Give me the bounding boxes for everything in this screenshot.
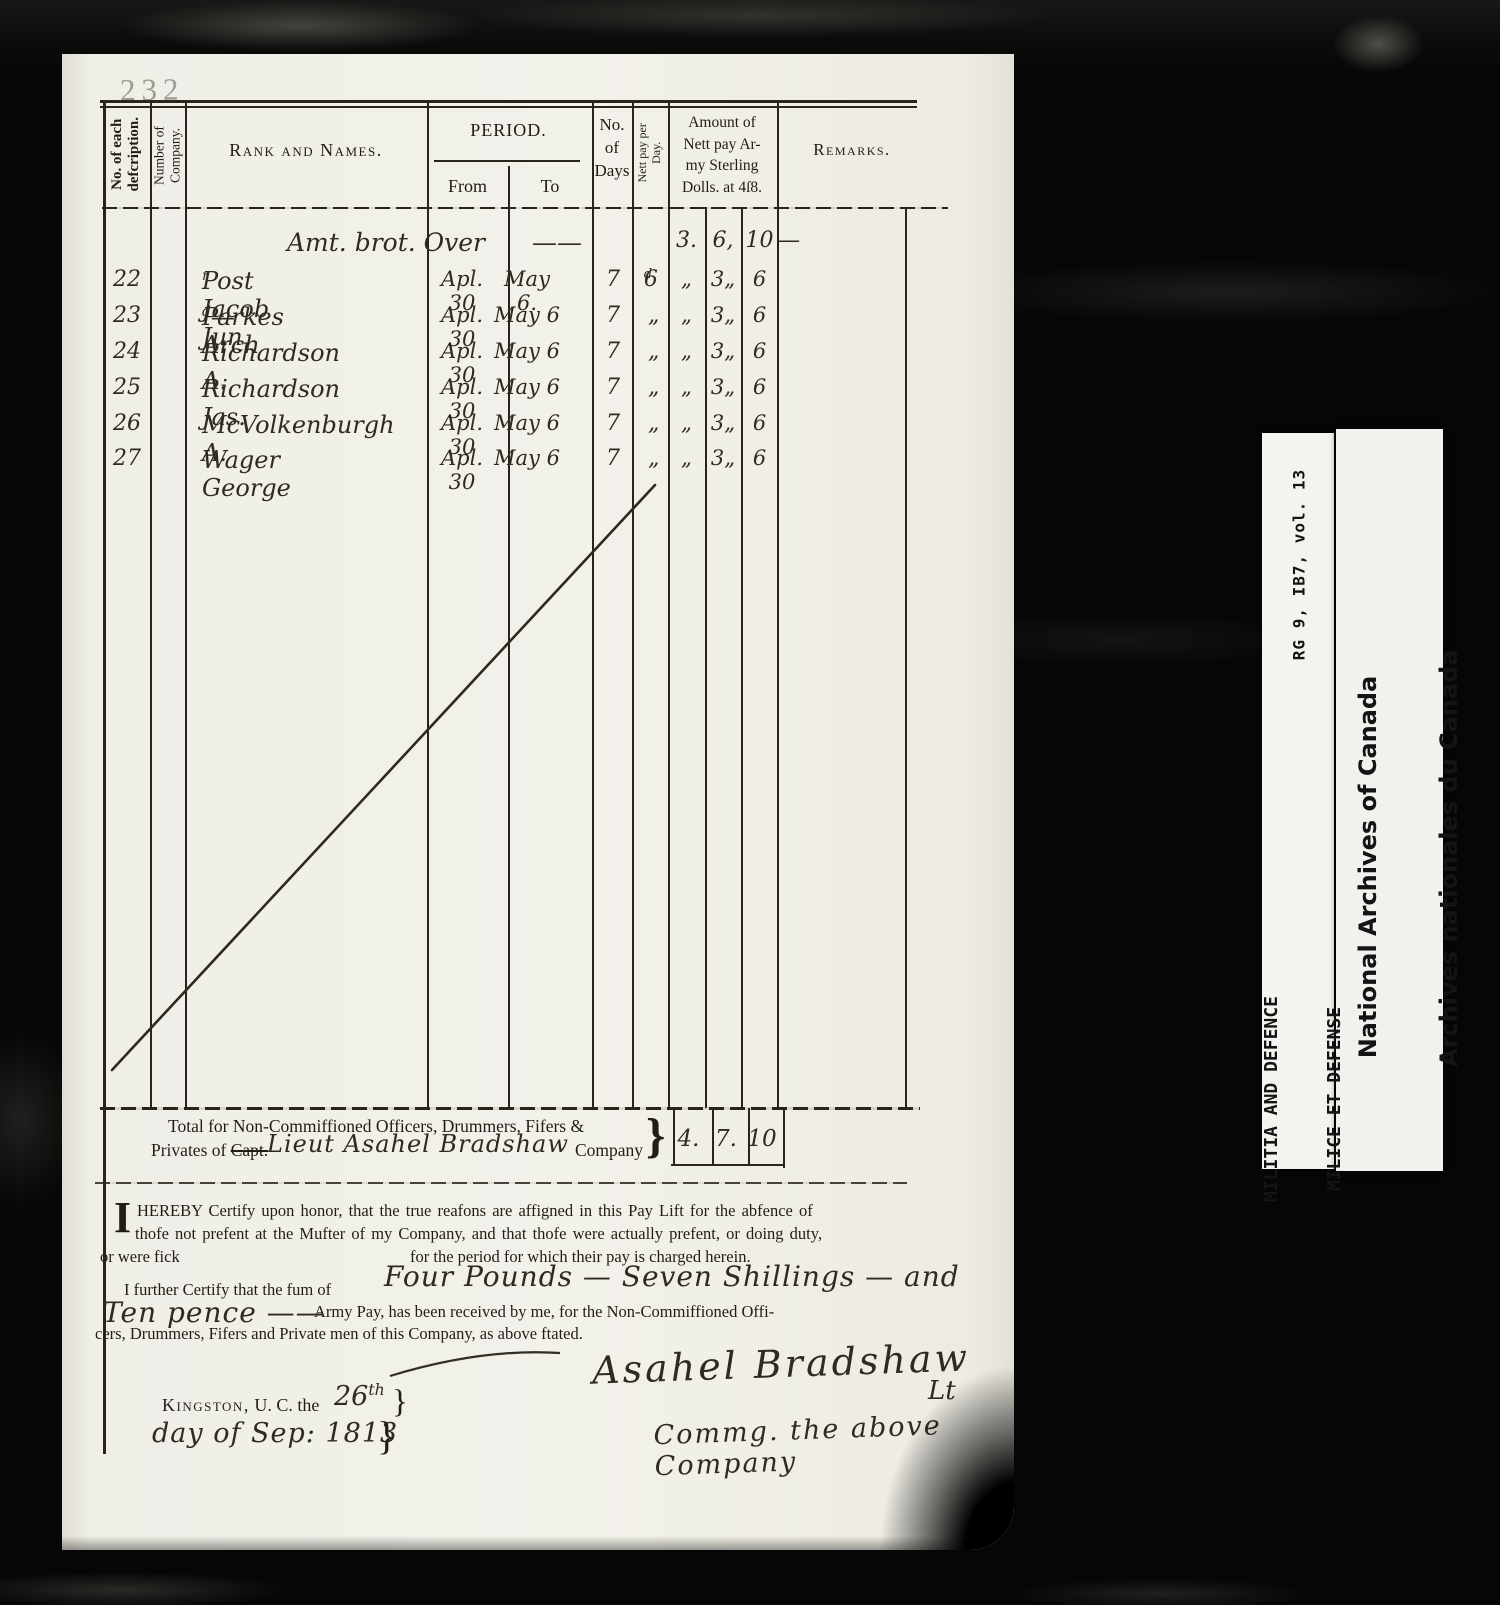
row-days: 7 <box>593 446 633 471</box>
archives-label-fr: Archives nationales du Canada <box>1436 667 1463 1067</box>
header-line: Dolls. at 4ſ8. <box>666 177 778 199</box>
paylist-document-page: 232 No. of each defcriptio <box>62 54 1014 1550</box>
rate-text: „ <box>648 411 659 436</box>
total-pence: 10 <box>744 1126 780 1152</box>
rate-text: „ <box>648 375 659 400</box>
microfilm-scan: 232 No. of each defcriptio <box>0 0 1500 1605</box>
header-line: Days <box>592 160 632 183</box>
dateline-brace-large: } <box>377 1412 396 1459</box>
table-row: 25 Richardson Jas. Apl. 30 May 6 7 „ „ 3… <box>62 375 1014 409</box>
header-line: Company. <box>167 106 183 206</box>
header-line: of <box>592 137 632 160</box>
rate-text: 6 <box>644 267 658 292</box>
department-label-en: MILITIA AND DEFENCE <box>1261 984 1282 1214</box>
row-to: May 6 <box>494 375 560 399</box>
column-header-nett-pay: Nett pay per Day. <box>636 105 664 201</box>
table-row: 27 Wager George Apl. 30 May 6 7 „ „ 3„ 6 <box>62 446 1014 480</box>
header-line: Number of <box>151 106 167 206</box>
column-header-to: To <box>508 176 592 197</box>
row-name: Parkes Archd — <box>202 303 211 331</box>
row-number: 25 <box>102 375 152 400</box>
archives-label-en: National Archives of Canada <box>1355 667 1382 1067</box>
archives-label: National Archives of Canada Archives nat… <box>1301 667 1500 1067</box>
brought-forward-pence: 10 <box>742 228 777 253</box>
row-pounds: „ <box>668 375 705 399</box>
row-pounds: „ <box>668 339 705 363</box>
row-pence: 6 <box>742 303 777 327</box>
header-line: Amount of <box>666 112 778 134</box>
row-shillings: 3„ <box>705 339 741 363</box>
row-pounds: „ <box>668 411 705 435</box>
certificate2-printed2: Army Pay, has been received by me, for t… <box>314 1302 774 1322</box>
brought-forward-row: Amt. brot. Over —— 3. 6, 10 — <box>62 228 1014 262</box>
dateline-place: Kingston, U. C. the <box>162 1395 319 1416</box>
row-pence: 6 <box>742 267 777 291</box>
row-shillings: 3„ <box>705 375 741 399</box>
row-days: 7 <box>593 411 633 436</box>
dateline-day: 26th <box>334 1380 385 1412</box>
row-days: 7 <box>593 303 633 328</box>
table-row: 26 McVolkenburgh A. Apl. 30 May 6 7 „ „ … <box>62 411 1014 445</box>
row-number: 24 <box>102 339 152 364</box>
header-line: my Sterling <box>666 155 778 177</box>
total-shillings: 7. <box>708 1126 744 1152</box>
row-pence: 6 <box>742 375 777 399</box>
row-shillings: 3„ <box>705 303 741 327</box>
brought-forward-label: Amt. brot. Over <box>287 228 485 257</box>
column-header-days: No. of Days <box>592 114 632 183</box>
row-shillings: 3„ <box>705 411 741 435</box>
row-pounds: „ <box>668 303 705 327</box>
rate-text: „ <box>648 339 659 364</box>
row-days: 7 <box>593 267 633 292</box>
certificate-dropcap: I <box>114 1196 131 1240</box>
brought-forward-shillings: 6, <box>705 228 741 253</box>
diagonal-strike <box>112 485 655 1070</box>
day-number: 26 <box>334 1381 368 1412</box>
struck-capt: Capt. <box>231 1140 268 1160</box>
brought-forward-pounds: 3. <box>668 228 705 253</box>
row-days: 7 <box>593 375 633 400</box>
total-caption-company: Company <box>575 1140 643 1161</box>
row-to: May 6 <box>494 411 560 435</box>
table-row: 24 Richardson A. Apl. 30 May 6 7 „ „ 3„ … <box>62 339 1014 373</box>
row-from: Apl. 30 <box>430 446 494 494</box>
column-header-company-number: Number of Company. <box>151 106 182 206</box>
name-text: Wager George <box>202 446 291 502</box>
total-caption-line2: Privates of Capt. <box>151 1140 268 1161</box>
header-line: defcription. <box>126 94 143 214</box>
column-header-rank-names: Rank and Names. <box>185 140 427 161</box>
row-pence: 6 <box>742 446 777 470</box>
certificate1-line1: HEREBY Certify upon honor, that the true… <box>137 1201 937 1221</box>
row-shillings: 3„ <box>705 267 741 291</box>
rate-text: „ <box>648 303 659 328</box>
column-header-period: PERIOD. <box>427 120 590 141</box>
day-ordinal: th <box>368 1380 384 1399</box>
table-row: 22 Post Jacob Junr Apl. 30 May 6. 7 6d „… <box>62 267 1014 301</box>
header-line: No. <box>592 114 632 137</box>
row-shillings: 3„ <box>705 446 741 470</box>
certificate2-hand-sum: Four Pounds — Seven Shillings — and <box>384 1260 960 1293</box>
header-line: Day. <box>650 105 664 201</box>
column-header-description: No. of each defcription. <box>109 94 144 214</box>
row-pounds: „ <box>668 446 705 470</box>
header-line: No. of each <box>109 94 126 214</box>
row-pence: 6 <box>742 411 777 435</box>
row-name: Post Jacob Junr <box>202 267 209 295</box>
column-header-amount: Amount of Nett pay Ar- my Sterling Dolls… <box>666 112 778 199</box>
rate-text: „ <box>648 446 659 471</box>
row-to: May 6 <box>494 339 560 363</box>
row-number: 22 <box>102 267 152 292</box>
brought-forward-trail-dash: — <box>778 228 800 253</box>
row-pounds: „ <box>668 267 705 291</box>
column-header-remarks: Remarks. <box>777 140 927 160</box>
total-pounds: 4. <box>670 1126 707 1152</box>
date-flourish <box>390 1352 560 1376</box>
certificate1-line2: thofe not prefent at the Mufter of my Co… <box>135 1224 940 1244</box>
row-rate: 6d <box>629 267 667 292</box>
total-brace: } <box>646 1107 665 1164</box>
row-number: 26 <box>102 411 152 436</box>
header-line: Nett pay Ar- <box>666 134 778 156</box>
header-line: Nett pay per <box>636 105 650 201</box>
row-pence: 6 <box>742 339 777 363</box>
row-to: May 6 <box>494 303 560 327</box>
place-smallcaps: Kingston, <box>162 1395 250 1415</box>
row-number: 27 <box>102 446 152 471</box>
row-days: 7 <box>593 339 633 364</box>
page-curl-shadow <box>848 1324 1014 1550</box>
row-number: 23 <box>102 303 152 328</box>
name-dash: — <box>211 303 235 331</box>
reference-label: RG 9, IB7, vol. 13 <box>1290 465 1309 665</box>
brought-forward-dash: —— <box>532 228 582 257</box>
certificate2-printed3: cers, Drummers, Fifers and Private men o… <box>95 1324 583 1344</box>
dateline-handwritten-date: day of Sep: 1813 <box>152 1418 398 1449</box>
total-handwritten-officer: Lieut Asahel Bradshaw <box>267 1130 569 1158</box>
table-row: 23 Parkes Archd — Apl. 30 May 6 7 „ „ 3„… <box>62 303 1014 337</box>
column-header-from: From <box>427 176 508 197</box>
total-caption-prefix: Privates of <box>151 1140 231 1160</box>
certificate1-line3-left: or were fick <box>100 1247 180 1267</box>
place-rest: U. C. the <box>250 1395 320 1415</box>
row-to: May 6 <box>494 446 560 470</box>
